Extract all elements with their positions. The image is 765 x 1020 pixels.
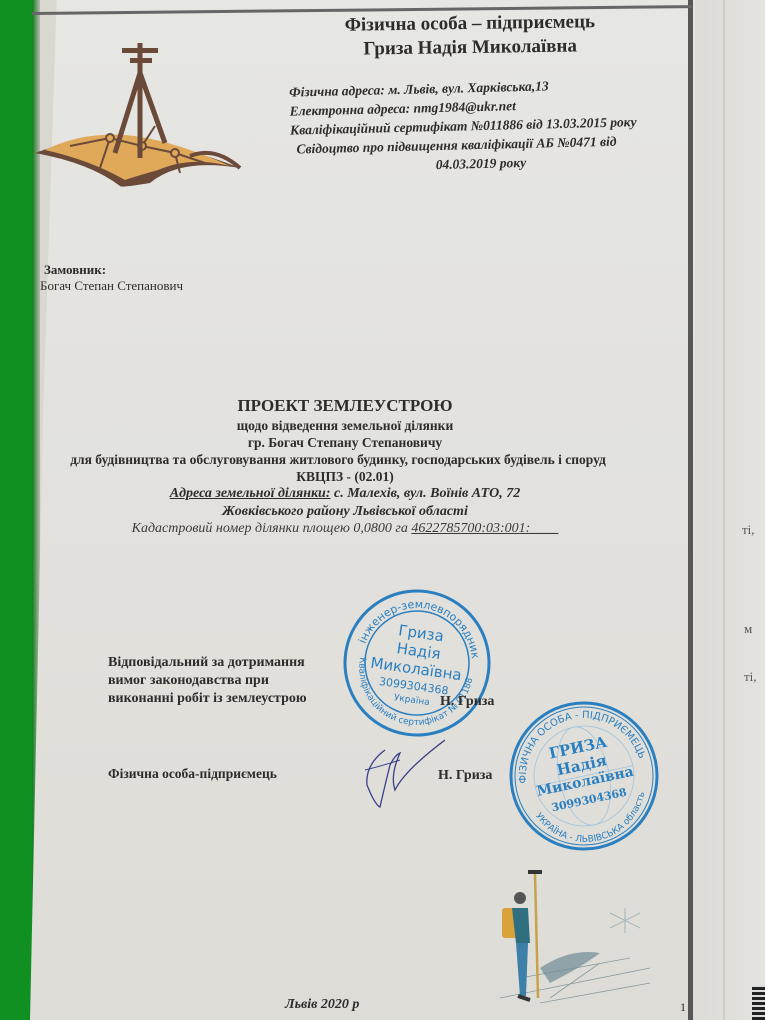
client-name: Богач Степан Степанович	[40, 278, 183, 294]
project-code: КВЦПЗ - (02.01)	[20, 468, 670, 485]
project-recipient: гр. Богач Степану Степановичу	[20, 434, 670, 451]
project-address-label: Адреса земельної ділянки:	[170, 486, 331, 501]
entrepreneur-label: Фізична особа-підприємець	[108, 766, 277, 782]
engineer-stamp: інженер-землевпорядник Кваліфікаційний с…	[332, 578, 501, 747]
entrepreneur-signature-name: Н. Гриза	[438, 768, 492, 784]
responsible-line1: Відповідальний за дотримання	[108, 654, 307, 672]
project-district: Жовківського району Львівської області	[20, 503, 670, 521]
project-address-value: с. Малехів, вул. Воїнів АТО, 72	[331, 486, 521, 501]
surveyor-illustration-icon	[480, 868, 660, 1008]
project-title: ПРОЕКТ ЗЕМЛЕУСТРОЮ	[20, 395, 670, 417]
adjacent-page	[693, 0, 765, 1020]
cadastral-number: 4622785700:03:001:____	[411, 521, 558, 536]
page-edge-shadow	[688, 0, 693, 1020]
project-title-block: ПРОЕКТ ЗЕМЛЕУСТРОЮ щодо відведення земел…	[20, 395, 670, 537]
cadastral-prefix: Кадастровий номер ділянки площею 0,0800 …	[132, 521, 412, 536]
responsible-block: Відповідальний за дотримання вимог закон…	[108, 654, 307, 708]
page-number: 1	[680, 1000, 686, 1015]
responsible-line3: виконанні робіт із землеустрою	[108, 690, 307, 708]
issuer-header: Фізична особа – підприємець Гриза Надія …	[280, 9, 661, 62]
project-address: Адреса земельної ділянки: с. Малехів, ву…	[20, 485, 670, 503]
qr-code-fragment-icon	[752, 985, 765, 1020]
handwritten-signature-icon	[355, 735, 445, 815]
adjacent-fragment: ті,	[744, 669, 757, 685]
client-label: Замовник:	[40, 262, 183, 278]
project-subtitle: щодо відведення земельної ділянки	[20, 417, 670, 434]
adjacent-fragment: ті,	[742, 522, 755, 538]
fop-stamp: ФІЗИЧНА ОСОБА - ПІДПРИЄМЕЦЬ УКРАЇНА - ЛЬ…	[494, 686, 674, 866]
project-purpose: для будівництва та обслуговування житлов…	[6, 451, 670, 468]
responsible-signature-name: Н. Гриза	[440, 694, 494, 710]
city-year: Львів 2020 р	[285, 997, 359, 1013]
responsible-line2: вимог законодавства при	[108, 672, 307, 690]
cadastral-line: Кадастровий номер ділянки площею 0,0800 …	[20, 521, 670, 537]
surveyor-tripod-logo-icon	[30, 38, 245, 188]
issuer-details: Фізична адреса: м. Львів, вул. Харківськ…	[289, 73, 671, 177]
adjacent-fragment: м	[744, 621, 752, 637]
client-block: Замовник: Богач Степан Степанович	[40, 262, 183, 294]
